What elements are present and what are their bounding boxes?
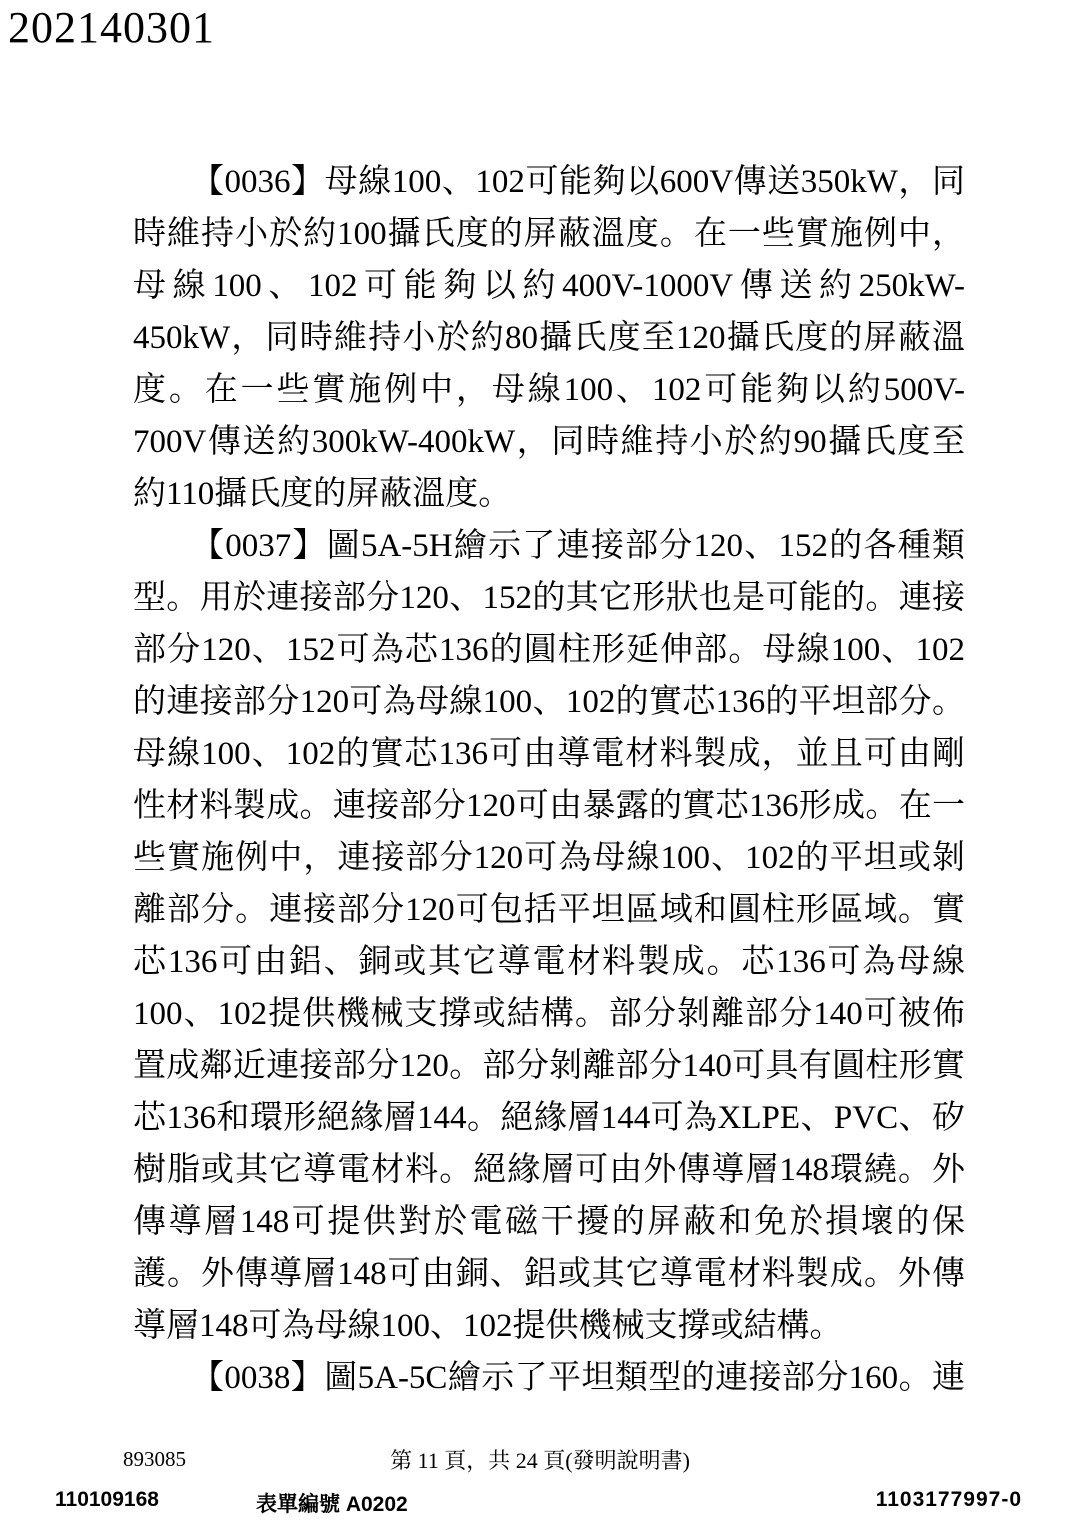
text-line: 樹脂或其它導電材料。絕緣層可由外傳導層148環繞。外 — [133, 1144, 965, 1196]
text-line: 離部分。連接部分120可包括平坦區域和圓柱形區域。實 — [133, 884, 965, 936]
text-line: 傳導層148可提供對於電磁干擾的屏蔽和免於損壞的保 — [133, 1196, 965, 1248]
footer-form-number: 表單編號 A0202 — [256, 1488, 408, 1518]
text-line: 700V傳送約300kW-400kW，同時維持小於約90攝氏度至 — [133, 416, 965, 468]
text-line: 部分120、152可為芯136的圓柱形延伸部。母線100、102 — [133, 624, 965, 676]
text-line: 導層148可為母線100、102提供機械支撐或結構。 — [133, 1300, 965, 1352]
text-line: 性材料製成。連接部分120可由暴露的實芯136形成。在一 — [133, 780, 965, 832]
footer-page-number-info: 第 11 頁，共 24 頁(發明說明書) — [0, 1444, 1080, 1475]
text-line: 母線100、102可能夠以約400V-1000V傳送約250kW- — [133, 260, 965, 312]
text-line: 護。外傳導層148可由銅、鋁或其它導電材料製成。外傳 — [133, 1248, 965, 1300]
text-line: 些實施例中，連接部分120可為母線100、102的平坦或剝 — [133, 832, 965, 884]
patent-document-page: 202140301 【0036】母線100、102可能夠以600V傳送350kW… — [0, 0, 1080, 1526]
text-line: 【0036】母線100、102可能夠以600V傳送350kW，同 — [133, 156, 965, 208]
footer-application-number: 110109168 — [55, 1488, 159, 1512]
text-line: 450kW，同時維持小於約80攝氏度至120攝氏度的屏蔽溫 — [133, 312, 965, 364]
publication-number: 202140301 — [8, 2, 215, 53]
text-line: 約110攝氏度的屏蔽溫度。 — [133, 468, 965, 520]
text-line: 時維持小於約100攝氏度的屏蔽溫度。在一些實施例中， — [133, 208, 965, 260]
text-line: 置成鄰近連接部分120。部分剝離部分140可具有圓柱形實 — [133, 1040, 965, 1092]
text-line: 芯136和環形絕緣層144。絕緣層144可為XLPE、PVC、矽 — [133, 1092, 965, 1144]
text-line: 的連接部分120可為母線100、102的實芯136的平坦部分。 — [133, 676, 965, 728]
text-line: 母線100、102的實芯136可由導電材料製成，並且可由剛 — [133, 728, 965, 780]
text-line: 【0037】圖5A-5H繪示了連接部分120、152的各種類 — [133, 520, 965, 572]
text-line: 芯136可由鋁、銅或其它導電材料製成。芯136可為母線 — [133, 936, 965, 988]
text-line: 100、102提供機械支撐或結構。部分剝離部分140可被佈 — [133, 988, 965, 1040]
text-line: 度。在一些實施例中，母線100、102可能夠以約500V- — [133, 364, 965, 416]
footer-document-id-number: 1103177997-0 — [876, 1488, 1022, 1512]
text-line: 【0038】圖5A-5C繪示了平坦類型的連接部分160。連 — [133, 1352, 965, 1404]
body-text: 【0036】母線100、102可能夠以600V傳送350kW，同時維持小於約10… — [133, 156, 965, 1404]
text-line: 型。用於連接部分120、152的其它形狀也是可能的。連接 — [133, 572, 965, 624]
